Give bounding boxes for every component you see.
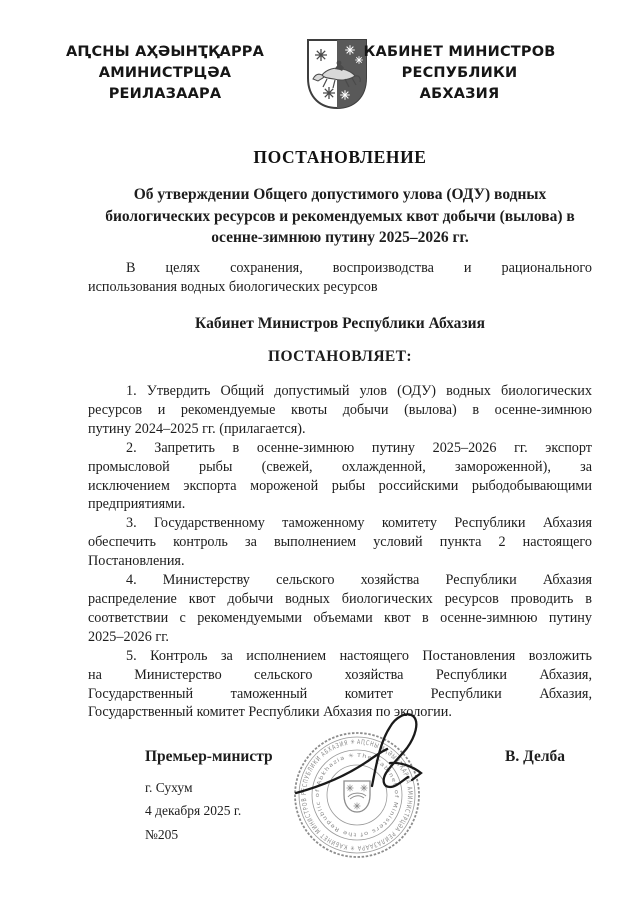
text-line: 4. Министерству сельского хозяйства Респ…	[88, 571, 592, 590]
footer-date: 4 декабря 2025 г.	[145, 803, 241, 819]
text-line: осенне-зимнюю путину 2025–2026 гг.	[70, 227, 610, 249]
text-line: Постановления.	[88, 552, 592, 571]
seal-coat-of-arms-icon	[344, 781, 370, 812]
letterhead-russian: КАБИНЕТ МИНИСТРОВ РЕСПУБЛИКИ АБХАЗИЯ	[362, 42, 557, 105]
decree-item: 3. Государственному таможенному комитету…	[88, 514, 592, 571]
decree-items: 1. Утвердить Общий допустимый улов (ОДУ)…	[88, 382, 592, 722]
text-line: на Министерство сельского хозяйства Респ…	[88, 666, 592, 685]
footer-number: №205	[145, 827, 178, 843]
decree-item: 2. Запретить в осенне-зимнюю путину 2025…	[88, 439, 592, 515]
letterhead-russian-line2: РЕСПУБЛИКИ АБХАЗИЯ	[362, 63, 557, 105]
text-line: использования водных биологических ресур…	[88, 278, 592, 297]
decree-item: 1. Утвердить Общий допустимый улов (ОДУ)…	[88, 382, 592, 439]
letterhead-abkhazian-line1: АԤСНЫ АҲӘЫНҬҚАРРА	[45, 42, 285, 63]
text-line: промысловой рыбы (свежей, охлажденной, з…	[88, 458, 592, 477]
text-line: ресурсов и рекомендуемые квоты добычи (в…	[88, 401, 592, 420]
text-line: путину 2024–2025 гг. (прилагается).	[88, 420, 592, 439]
text-line: 1. Утвердить Общий допустимый улов (ОДУ)…	[88, 382, 592, 401]
star-icon	[340, 90, 350, 100]
preamble: В целях сохранения, воспроизводства и ра…	[88, 259, 592, 297]
star-icon	[345, 45, 355, 55]
seal-inner-text: The Cabinet of Ministers of the Republic…	[315, 753, 399, 837]
text-line: обеспечить контроль за выполнением услов…	[88, 533, 592, 552]
text-line: соответствии с рекомендуемыми объемами к…	[88, 609, 592, 628]
letterhead-abkhazian: АԤСНЫ АҲӘЫНҬҚАРРА АМИНИСТРЦӘА РЕИЛАЗААРА	[45, 42, 285, 105]
text-line: предприятиями.	[88, 495, 592, 514]
signature-title: Премьер-министр	[145, 748, 273, 766]
text-line: Об утверждении Общего допустимого улова …	[70, 184, 610, 206]
seal-outer-text: АԤСНЫ АҲӘЫНҬҚАРРА АМИНИСТРЦӘА РЕИЛАЗААРА…	[300, 738, 414, 852]
text-line: В целях сохранения, воспроизводства и ра…	[88, 259, 592, 278]
decree-title: ПОСТАНОВЛЕНИЕ	[88, 147, 592, 168]
signature-scribble	[296, 714, 421, 793]
text-line: распределение квот добычи водных биологи…	[88, 590, 592, 609]
authority-name: Кабинет Министров Республики Абхазия	[88, 315, 592, 333]
signature-name: В. Делба	[505, 748, 565, 766]
decree-item: 4. Министерству сельского хозяйства Респ…	[88, 571, 592, 647]
decree-subject: Об утверждении Общего допустимого улова …	[70, 184, 610, 249]
letterhead-russian-line1: КАБИНЕТ МИНИСТРОВ	[362, 42, 557, 63]
abkhazia-coat-of-arms-icon	[304, 36, 370, 112]
text-line: Государственный таможенный комитет Респу…	[88, 685, 592, 704]
svg-text:АԤСНЫ АҲӘЫНҬҚАРРА АМИНИСТРЦӘА: АԤСНЫ АҲӘЫНҬҚАРРА АМИНИСТРЦӘА РЕИЛАЗААРА…	[300, 738, 414, 852]
footer-city: г. Сухум	[145, 780, 193, 796]
text-line: 2. Запретить в осенне-зимнюю путину 2025…	[88, 439, 592, 458]
decree-item: 5. Контроль за исполнением настоящего По…	[88, 647, 592, 723]
text-line: 2025–2026 гг.	[88, 628, 592, 647]
document-page: АԤСНЫ АҲӘЫНҬҚАРРА АМИНИСТРЦӘА РЕИЛАЗААРА…	[0, 0, 640, 905]
text-line: исключением экспорта мороженой рыбы росс…	[88, 477, 592, 496]
text-line: 3. Государственному таможенному комитету…	[88, 514, 592, 533]
resolves-heading: ПОСТАНОВЛЯЕТ:	[88, 348, 592, 366]
text-line: 5. Контроль за исполнением настоящего По…	[88, 647, 592, 666]
svg-text:The Cabinet of Ministers of th: The Cabinet of Ministers of the Republic…	[315, 753, 399, 837]
official-seal: АԤСНЫ АҲӘЫНҬҚАРРА АМИНИСТРЦӘА РЕИЛАЗААРА…	[295, 733, 419, 857]
text-line: Государственный комитет Республики Абхаз…	[88, 703, 592, 722]
letterhead-abkhazian-line2: АМИНИСТРЦӘА РЕИЛАЗААРА	[45, 63, 285, 105]
text-line: биологических ресурсов и рекомендуемых к…	[70, 206, 610, 228]
